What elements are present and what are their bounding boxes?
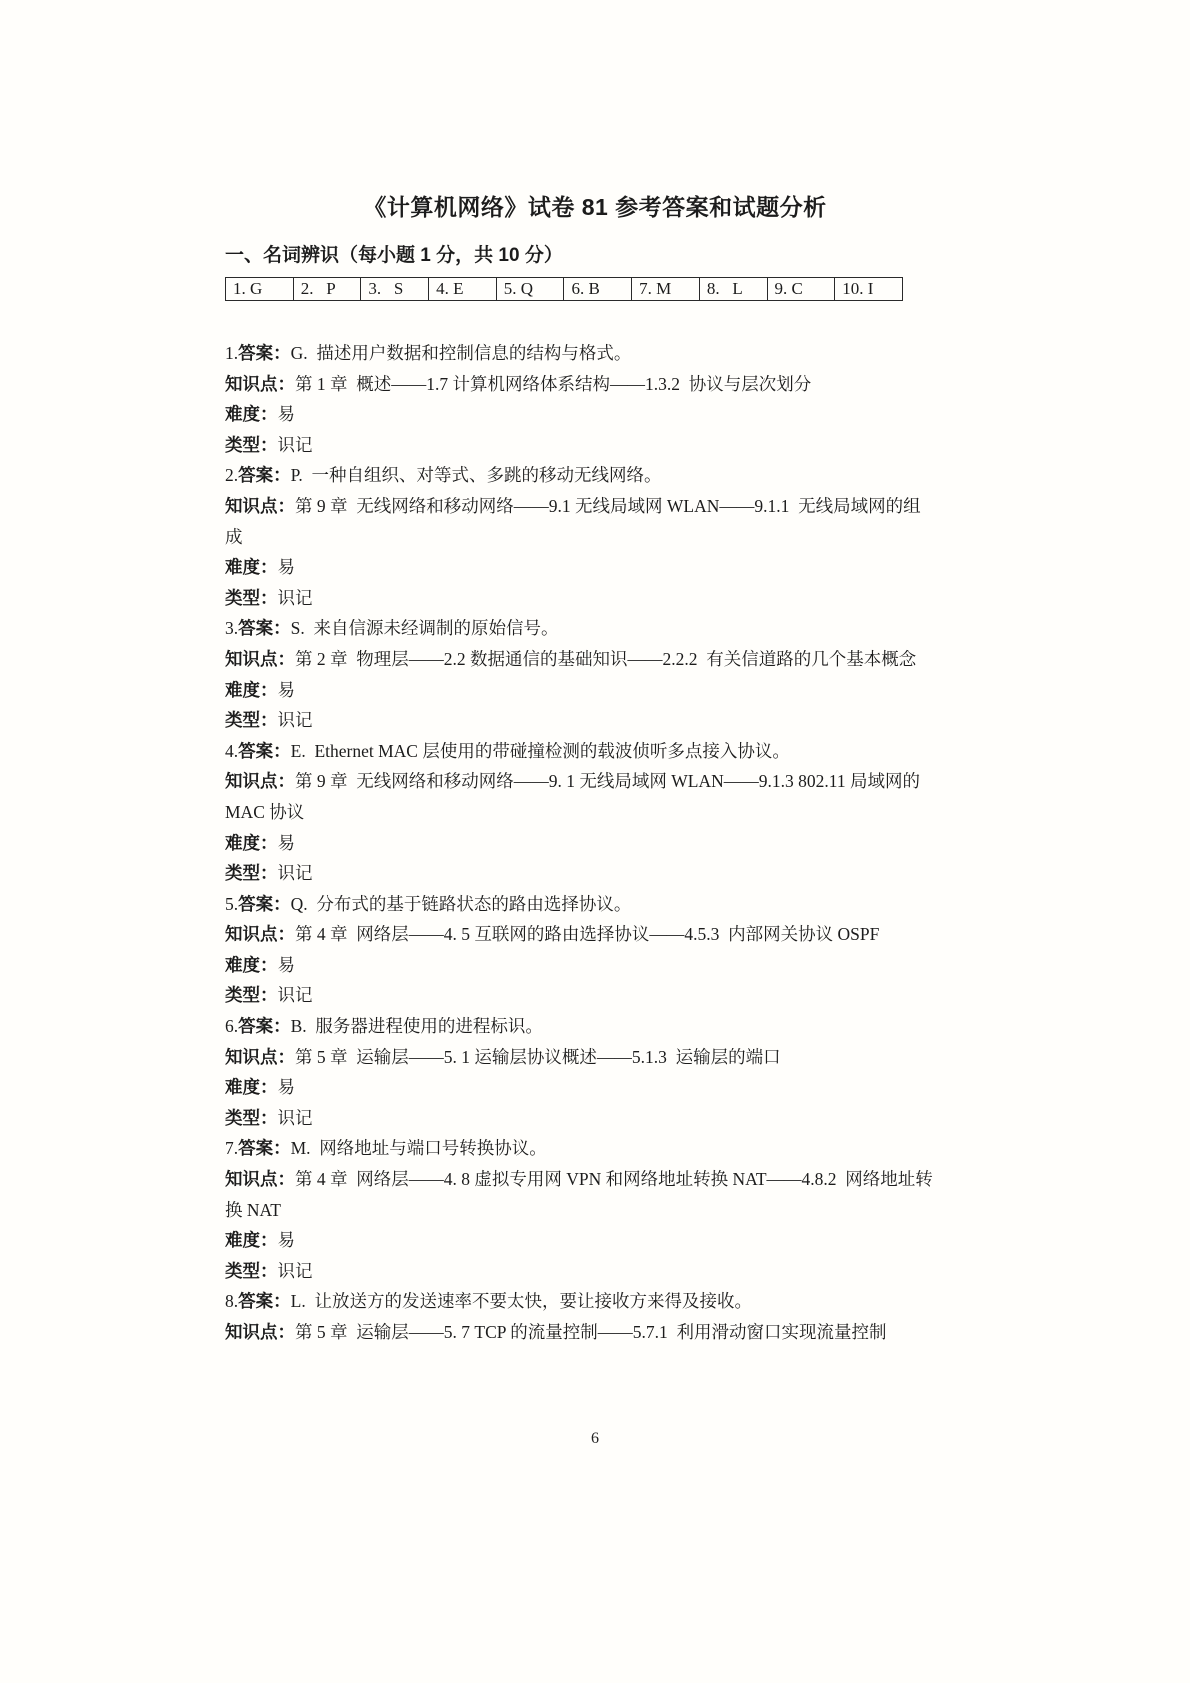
answer-line: 4.答案：E. Ethernet MAC 层使用的带碰撞检测的载波侦听多点接入协…: [225, 736, 965, 767]
answer-line: 1.答案：G. 描述用户数据和控制信息的结构与格式。: [225, 338, 965, 369]
knowledge-point-line: 知识点：第 2 章 物理层——2.2 数据通信的基础知识——2.2.2 有关信道…: [225, 644, 965, 675]
answer-label: 答案：: [238, 465, 291, 485]
answer-line: 7.答案：M. 网络地址与端口号转换协议。: [225, 1133, 965, 1164]
difficulty-value: 易: [278, 680, 296, 700]
question-number: 7.: [225, 1138, 238, 1158]
question-block: 4.答案：E. Ethernet MAC 层使用的带碰撞检测的载波侦听多点接入协…: [225, 736, 965, 889]
type-line: 类型：识记: [225, 430, 965, 461]
answer-text: M. 网络地址与端口号转换协议。: [291, 1138, 547, 1158]
knowledge-point-label: 知识点：: [225, 1322, 295, 1342]
question-number: 4.: [225, 741, 238, 761]
knowledge-point-text: 第 2 章 物理层——2.2 数据通信的基础知识——2.2.2 有关信道路的几个…: [295, 649, 916, 669]
type-value: 识记: [278, 985, 313, 1005]
question-block: 8.答案：L. 让放送方的发送速率不要太快，要让接收方来得及接收。 知识点：第 …: [225, 1286, 965, 1347]
question-block: 5.答案：Q. 分布式的基于链路状态的路由选择协议。 知识点：第 4 章 网络层…: [225, 889, 965, 1011]
answer-label: 答案：: [238, 894, 291, 914]
difficulty-value: 易: [278, 833, 296, 853]
knowledge-point-line: 知识点：第 4 章 网络层——4. 5 互联网的路由选择协议——4.5.3 内部…: [225, 919, 965, 950]
difficulty-line: 难度：易: [225, 675, 965, 706]
answer-text: E. Ethernet MAC 层使用的带碰撞检测的载波侦听多点接入协议。: [291, 741, 790, 761]
difficulty-label: 难度：: [225, 1230, 278, 1250]
answer-label: 答案：: [238, 741, 291, 761]
answer-text: P. 一种自组织、对等式、多跳的移动无线网络。: [291, 465, 662, 485]
difficulty-value: 易: [278, 1077, 296, 1097]
type-label: 类型：: [225, 1108, 278, 1128]
type-value: 识记: [278, 1108, 313, 1128]
knowledge-point-line: 知识点：第 9 章 无线网络和移动网络——9. 1 无线局域网 WLAN——9.…: [225, 766, 965, 827]
knowledge-point-line: 知识点：第 5 章 运输层——5. 1 运输层协议概述——5.1.3 运输层的端…: [225, 1042, 965, 1073]
question-block: 1.答案：G. 描述用户数据和控制信息的结构与格式。 知识点：第 1 章 概述—…: [225, 338, 965, 460]
answer-label: 答案：: [238, 618, 291, 638]
answer-text: G. 描述用户数据和控制信息的结构与格式。: [291, 343, 632, 363]
type-label: 类型：: [225, 435, 278, 455]
question-number: 5.: [225, 894, 238, 914]
answer-table-cell: 10. I: [835, 278, 903, 301]
question-number: 8.: [225, 1291, 238, 1311]
knowledge-point-label: 知识点：: [225, 496, 295, 516]
answer-text: S. 来自信源未经调制的原始信号。: [291, 618, 559, 638]
answer-line: 8.答案：L. 让放送方的发送速率不要太快，要让接收方来得及接收。: [225, 1286, 965, 1317]
question-block: 6.答案：B. 服务器进程使用的进程标识。 知识点：第 5 章 运输层——5. …: [225, 1011, 965, 1133]
page-number: 6: [0, 1430, 1190, 1448]
answer-table-cell: 9. C: [767, 278, 835, 301]
type-label: 类型：: [225, 588, 278, 608]
type-label: 类型：: [225, 710, 278, 730]
question-number: 2.: [225, 465, 238, 485]
type-line: 类型：识记: [225, 705, 965, 736]
answer-label: 答案：: [238, 1138, 291, 1158]
type-line: 类型：识记: [225, 1103, 965, 1134]
question-number: 3.: [225, 618, 238, 638]
difficulty-value: 易: [278, 955, 296, 975]
type-label: 类型：: [225, 863, 278, 883]
knowledge-point-text: 第 4 章 网络层——4. 8 虚拟专用网 VPN 和网络地址转换 NAT——4…: [225, 1169, 933, 1220]
answer-table-cell: 7. M: [632, 278, 700, 301]
page-title: 《计算机网络》试卷 81 参考答案和试题分析: [225, 192, 965, 222]
answer-label: 答案：: [238, 1291, 291, 1311]
answer-table-cell: 3. S: [361, 278, 429, 301]
difficulty-line: 难度：易: [225, 1072, 965, 1103]
difficulty-label: 难度：: [225, 833, 278, 853]
answer-label: 答案：: [238, 1016, 291, 1036]
document-page: 《计算机网络》试卷 81 参考答案和试题分析 一、名词辨识（每小题 1 分，共 …: [0, 0, 1190, 1683]
answer-table-cell: 6. B: [564, 278, 632, 301]
difficulty-label: 难度：: [225, 1077, 278, 1097]
type-label: 类型：: [225, 985, 278, 1005]
knowledge-point-text: 第 9 章 无线网络和移动网络——9. 1 无线局域网 WLAN——9.1.3 …: [225, 771, 920, 822]
question-block: 7.答案：M. 网络地址与端口号转换协议。 知识点：第 4 章 网络层——4. …: [225, 1133, 965, 1286]
answer-text: L. 让放送方的发送速率不要太快，要让接收方来得及接收。: [291, 1291, 752, 1311]
type-line: 类型：识记: [225, 858, 965, 889]
answer-line: 5.答案：Q. 分布式的基于链路状态的路由选择协议。: [225, 889, 965, 920]
type-label: 类型：: [225, 1261, 278, 1281]
type-value: 识记: [278, 863, 313, 883]
answer-table-cell: 1. G: [226, 278, 294, 301]
answer-text: B. 服务器进程使用的进程标识。: [291, 1016, 543, 1036]
answer-line: 6.答案：B. 服务器进程使用的进程标识。: [225, 1011, 965, 1042]
knowledge-point-line: 知识点：第 4 章 网络层——4. 8 虚拟专用网 VPN 和网络地址转换 NA…: [225, 1164, 965, 1225]
knowledge-point-text: 第 5 章 运输层——5. 7 TCP 的流量控制——5.7.1 利用滑动窗口实…: [295, 1322, 886, 1342]
answer-text: Q. 分布式的基于链路状态的路由选择协议。: [291, 894, 632, 914]
knowledge-point-label: 知识点：: [225, 924, 295, 944]
knowledge-point-line: 知识点：第 9 章 无线网络和移动网络——9.1 无线局域网 WLAN——9.1…: [225, 491, 965, 552]
difficulty-value: 易: [278, 404, 296, 424]
answers-list: 1.答案：G. 描述用户数据和控制信息的结构与格式。 知识点：第 1 章 概述—…: [225, 338, 965, 1348]
answer-table-cell: 2. P: [293, 278, 361, 301]
answer-table: 1. G 2. P 3. S 4. E 5. Q 6. B 7. M 8. L …: [225, 277, 903, 301]
knowledge-point-text: 第 5 章 运输层——5. 1 运输层协议概述——5.1.3 运输层的端口: [295, 1047, 781, 1067]
answer-table-cell: 8. L: [699, 278, 767, 301]
knowledge-point-text: 第 1 章 概述——1.7 计算机网络体系结构——1.3.2 协议与层次划分: [295, 374, 811, 394]
difficulty-line: 难度：易: [225, 1225, 965, 1256]
answer-label: 答案：: [238, 343, 291, 363]
type-line: 类型：识记: [225, 1256, 965, 1287]
type-value: 识记: [278, 588, 313, 608]
type-line: 类型：识记: [225, 583, 965, 614]
type-value: 识记: [278, 1261, 313, 1281]
question-number: 1.: [225, 343, 238, 363]
question-block: 3.答案：S. 来自信源未经调制的原始信号。 知识点：第 2 章 物理层——2.…: [225, 613, 965, 735]
difficulty-line: 难度：易: [225, 828, 965, 859]
question-number: 6.: [225, 1016, 238, 1036]
difficulty-value: 易: [278, 1230, 296, 1250]
type-value: 识记: [278, 435, 313, 455]
knowledge-point-label: 知识点：: [225, 771, 295, 791]
knowledge-point-text: 第 4 章 网络层——4. 5 互联网的路由选择协议——4.5.3 内部网关协议…: [295, 924, 879, 944]
knowledge-point-label: 知识点：: [225, 1169, 295, 1189]
difficulty-label: 难度：: [225, 404, 278, 424]
answer-table-cell: 5. Q: [496, 278, 564, 301]
answer-table-row: 1. G 2. P 3. S 4. E 5. Q 6. B 7. M 8. L …: [226, 278, 903, 301]
answer-table-cell: 4. E: [429, 278, 497, 301]
difficulty-line: 难度：易: [225, 399, 965, 430]
section-heading: 一、名词辨识（每小题 1 分，共 10 分）: [225, 243, 965, 269]
difficulty-label: 难度：: [225, 680, 278, 700]
knowledge-point-label: 知识点：: [225, 374, 295, 394]
knowledge-point-text: 第 9 章 无线网络和移动网络——9.1 无线局域网 WLAN——9.1.1 无…: [225, 496, 921, 547]
knowledge-point-line: 知识点：第 5 章 运输层——5. 7 TCP 的流量控制——5.7.1 利用滑…: [225, 1317, 965, 1348]
knowledge-point-line: 知识点：第 1 章 概述——1.7 计算机网络体系结构——1.3.2 协议与层次…: [225, 369, 965, 400]
difficulty-label: 难度：: [225, 955, 278, 975]
answer-line: 3.答案：S. 来自信源未经调制的原始信号。: [225, 613, 965, 644]
type-line: 类型：识记: [225, 980, 965, 1011]
difficulty-line: 难度：易: [225, 950, 965, 981]
difficulty-line: 难度：易: [225, 552, 965, 583]
type-value: 识记: [278, 710, 313, 730]
knowledge-point-label: 知识点：: [225, 649, 295, 669]
question-block: 2.答案：P. 一种自组织、对等式、多跳的移动无线网络。 知识点：第 9 章 无…: [225, 460, 965, 613]
difficulty-value: 易: [278, 557, 296, 577]
knowledge-point-label: 知识点：: [225, 1047, 295, 1067]
answer-line: 2.答案：P. 一种自组织、对等式、多跳的移动无线网络。: [225, 460, 965, 491]
difficulty-label: 难度：: [225, 557, 278, 577]
